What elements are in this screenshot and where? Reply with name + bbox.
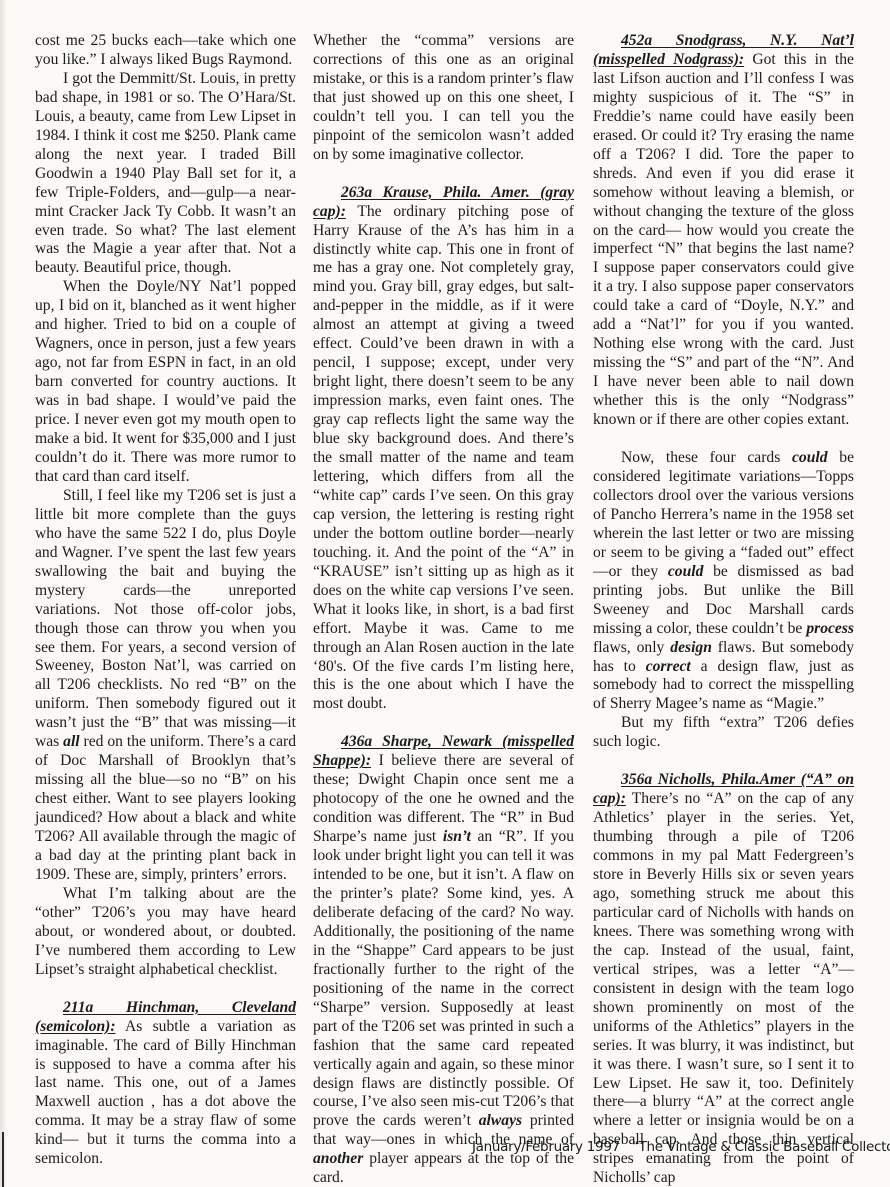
left-column: cost me 25 bucks each—take which one you… — [35, 32, 296, 1169]
emphasis: all — [63, 733, 79, 750]
entry-body: The ordinary pitching pose of Harry Krau… — [313, 203, 574, 713]
text: Now, these four cards — [621, 449, 792, 466]
text: be considered legitimate variations—Topp… — [593, 449, 854, 580]
paragraph: What I’m talking about are the “other” T… — [35, 885, 296, 980]
paragraph: When the Doyle/NY Nat’l popped up, I bid… — [35, 278, 296, 486]
middle-column: Whether the “comma” versions are correct… — [313, 32, 574, 1187]
entry-436a: 436a Sharpe, Newark (misspelled Shappe):… — [313, 733, 574, 1187]
right-column: 452a Snodgrass, N.Y. Nat’l (misspelled N… — [593, 32, 854, 1187]
entry-body: There’s no “A” on the cap of any Athleti… — [593, 790, 854, 1186]
text: an “R”. If you look under bright light y… — [313, 828, 574, 1129]
text: Still, I feel like my T206 set is just a… — [35, 487, 296, 750]
emphasis: design — [670, 639, 712, 656]
emphasis: another — [313, 1150, 363, 1167]
emphasis: process — [806, 620, 854, 637]
entry-356a: 356a Nicholls, Phila.Amer (“A” on cap): … — [593, 771, 854, 1187]
page-footer: January/February 1997 “The Vintage & Cla… — [472, 1139, 890, 1155]
entry-body: As subtle a variation as imaginable. The… — [35, 1018, 296, 1168]
entry-211a: 211a Hinchman, Cleveland (semicolon): As… — [35, 999, 296, 1170]
paragraph: Now, these four cards could be considere… — [593, 449, 854, 714]
text: red on the uniform. There’s a card of Do… — [35, 733, 296, 883]
publication-name: “The Vintage & Classic Baseball Collecto… — [632, 1139, 890, 1155]
paragraph: Still, I feel like my T206 set is just a… — [35, 487, 296, 885]
paragraph: But my fifth “extra” T206 defies such lo… — [593, 714, 854, 752]
emphasis: always — [479, 1112, 522, 1129]
page-edge — [0, 0, 6, 1187]
emphasis: correct — [646, 658, 691, 675]
text: flaws, only — [593, 639, 670, 656]
emphasis: could — [792, 449, 828, 466]
entry-452a: 452a Snodgrass, N.Y. Nat’l (misspelled N… — [593, 32, 854, 430]
margin-rule — [2, 1132, 4, 1187]
entry-263a: 263a Krause, Phila. Amer. (gray cap): Th… — [313, 184, 574, 715]
emphasis: could — [668, 563, 704, 580]
paragraph: cost me 25 bucks each—take which one you… — [35, 32, 296, 70]
paragraph: Whether the “comma” versions are correct… — [313, 32, 574, 165]
issue-date: January/February 1997 — [472, 1139, 620, 1155]
entry-body: Got this in the last Lifson auction and … — [593, 51, 854, 428]
paragraph: I got the Demmitt/St. Louis, in pretty b… — [35, 70, 296, 278]
emphasis: isn’t — [443, 828, 471, 845]
